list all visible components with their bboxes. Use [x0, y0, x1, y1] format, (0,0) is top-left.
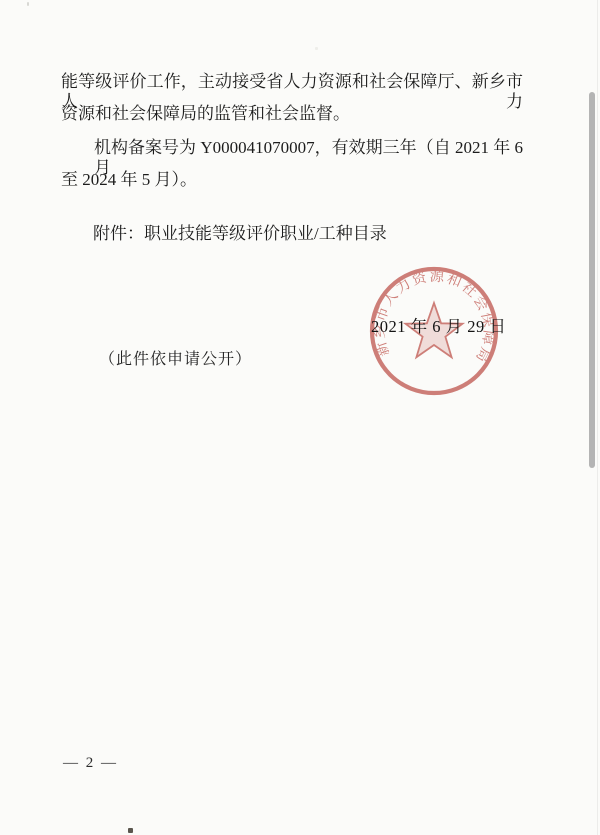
body-text-line-4: 至 2024 年 5 月）。 — [61, 170, 523, 190]
scan-speck — [27, 2, 29, 6]
ink-speck — [128, 828, 133, 833]
scan-speck — [315, 47, 318, 50]
scrollbar-track[interactable] — [597, 0, 598, 835]
date-line: 2021 年 6 月 29 日 — [371, 317, 511, 336]
scrollbar-thumb[interactable] — [589, 92, 595, 468]
body-text-line-2: 资源和社会保障局的监管和社会监督。 — [61, 104, 523, 124]
attachment-line: 附件：职业技能等级评价职业/工种目录 — [93, 224, 563, 244]
page-number: — 2 — — [63, 755, 118, 772]
disclosure-note: （此件依申请公开） — [99, 346, 252, 369]
scanned-document-page: 能等级评价工作，主动接受省人力资源和社会保障厅、新乡市人力 资源和社会保障局的监… — [0, 0, 600, 835]
